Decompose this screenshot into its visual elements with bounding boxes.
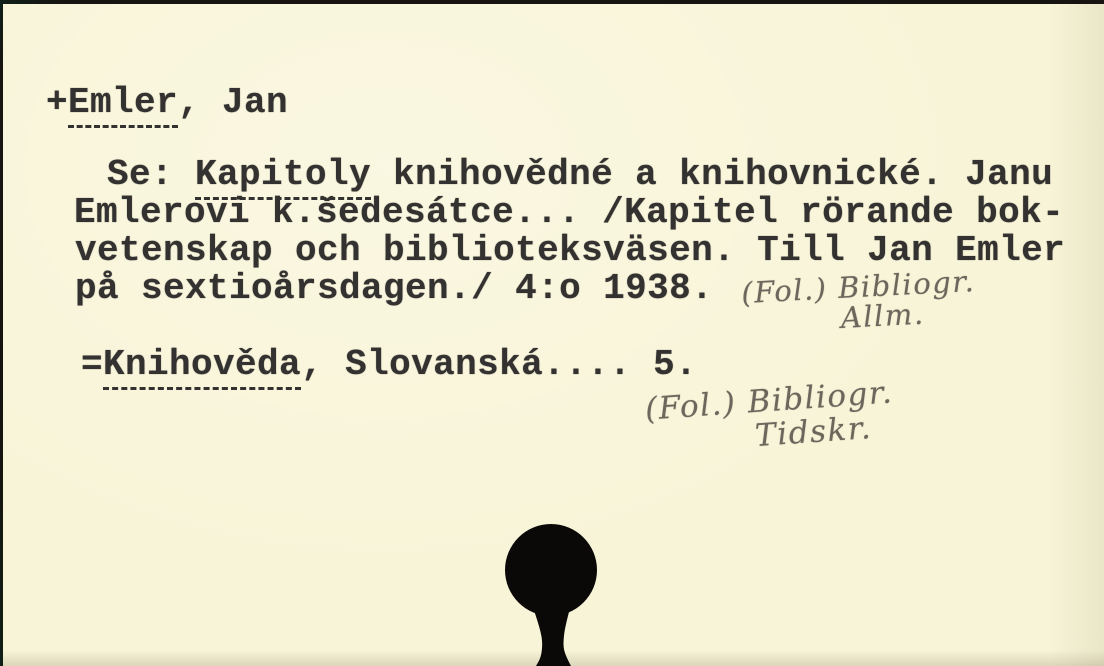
catalog-card: +Emler, Jan Se: Kapitoly knihovědné a kn…: [0, 0, 1104, 666]
series-title: Knihověda: [103, 344, 301, 390]
reference-line-1-rest: knihovědné a knihovnické. Janu: [371, 154, 1053, 195]
heading-name: Emler: [68, 82, 178, 128]
series-lead: =: [81, 344, 103, 385]
reference-lead: Se:: [107, 154, 195, 195]
reference-line-1: Se: Kapitoly knihovědné a knihovnické. J…: [107, 156, 1053, 194]
heading-prefix: +: [46, 82, 68, 123]
punch-hole-icon: [500, 520, 610, 666]
pencil-note-2: (Fol.) Bibliogr.Tidskr.: [644, 374, 897, 461]
series-rest: , Slovanská.... 5.: [301, 344, 697, 385]
card-left-edge: [0, 0, 3, 666]
heading-rest: , Jan: [178, 82, 288, 123]
reference-line-4: på sextioårsdagen./ 4:o 1938.: [75, 270, 713, 308]
card-top-edge: [0, 0, 1104, 4]
reference-line-3: vetenskap och biblioteksväsen. Till Jan …: [75, 232, 1065, 270]
pencil-note-1-line-2: Allm.: [840, 294, 978, 335]
series-line: =Knihověda, Slovanská.... 5.: [81, 346, 697, 384]
card-heading: +Emler, Jan: [46, 84, 288, 122]
pencil-note-1: (Fol.) Bibliogr.Allm.: [740, 264, 977, 340]
reference-line-2: Emlerovi k.šedesátce... /Kapitel rörande…: [74, 194, 1064, 232]
